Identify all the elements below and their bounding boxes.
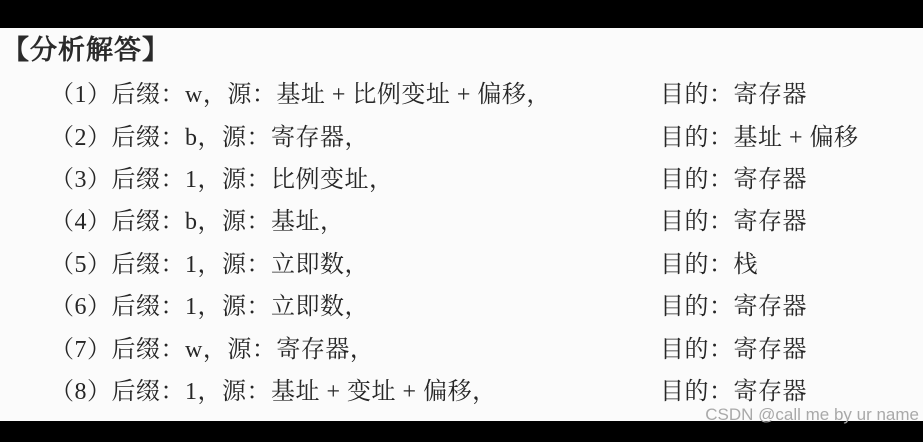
answer-right-text: 目的：寄存器 (660, 293, 923, 321)
answer-left-text: （8）后缀：1，源：基址 + 变址 + 偏移， (50, 378, 660, 406)
answer-right-text: 目的：栈 (660, 251, 923, 279)
answer-left-text: （1）后缀：w，源：基址 + 比例变址 + 偏移， (50, 81, 660, 109)
answer-left-text: （3）后缀：1，源：比例变址， (50, 166, 660, 194)
answer-left-text: （4）后缀：b，源：基址， (50, 208, 660, 236)
answer-right-text: 目的：寄存器 (660, 208, 923, 236)
answer-row: （3）后缀：1，源：比例变址， 目的：寄存器 (0, 159, 923, 201)
top-crop-bar (0, 0, 923, 28)
answer-right-text: 目的：寄存器 (660, 81, 923, 109)
scanned-document-page: 【分析解答】 （1）后缀：w，源：基址 + 比例变址 + 偏移， 目的：寄存器 … (0, 0, 923, 442)
csdn-watermark: CSDN @call me by ur name (705, 405, 919, 425)
answer-row: （1）后缀：w，源：基址 + 比例变址 + 偏移， 目的：寄存器 (0, 74, 923, 116)
answer-row: （2）后缀：b，源：寄存器， 目的：基址 + 偏移 (0, 116, 923, 158)
answer-right-text: 目的：寄存器 (660, 166, 923, 194)
answer-row: （7）后缀：w，源：寄存器， 目的：寄存器 (0, 328, 923, 370)
answer-right-text: 目的：基址 + 偏移 (660, 124, 923, 152)
answer-row: （6）后缀：1，源：立即数， 目的：寄存器 (0, 286, 923, 328)
answer-right-text: 目的：寄存器 (660, 336, 923, 364)
answer-row: （4）后缀：b，源：基址， 目的：寄存器 (0, 201, 923, 243)
section-title: 【分析解答】 (2, 33, 170, 67)
answer-left-text: （6）后缀：1，源：立即数， (50, 293, 660, 321)
answer-left-text: （2）后缀：b，源：寄存器， (50, 124, 660, 152)
answer-left-text: （5）后缀：1，源：立即数， (50, 251, 660, 279)
answer-right-text: 目的：寄存器 (660, 378, 923, 406)
answer-left-text: （7）后缀：w，源：寄存器， (50, 336, 660, 364)
answer-row: （5）后缀：1，源：立即数， 目的：栈 (0, 244, 923, 286)
answer-list: （1）后缀：w，源：基址 + 比例变址 + 偏移， 目的：寄存器 （2）后缀：b… (0, 74, 923, 413)
